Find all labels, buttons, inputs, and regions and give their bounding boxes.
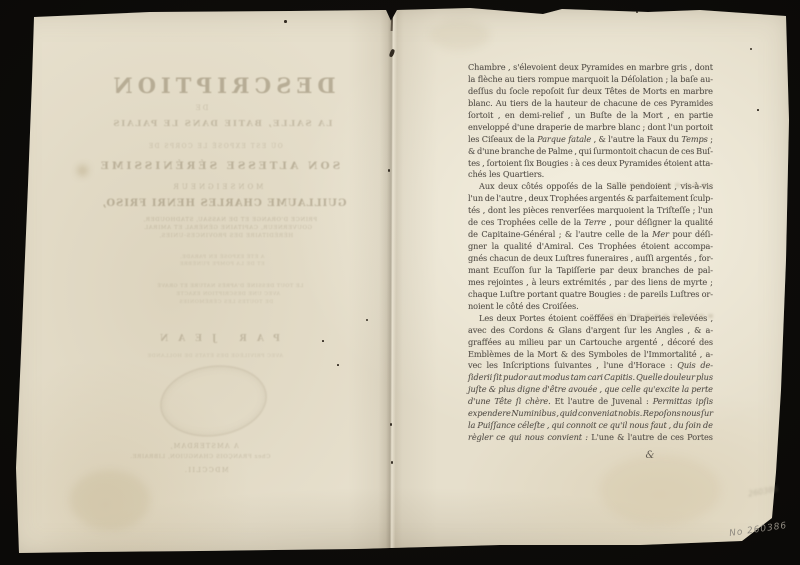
ghost-line	[600, 314, 715, 318]
bleedthrough-line: PAR JEAN	[55, 334, 375, 344]
bleedthrough-line: AVEC UNE DESCRIPTION EXACTE	[68, 291, 388, 297]
ink-speck	[750, 48, 752, 50]
ink-speck	[284, 20, 287, 23]
text-line: avecdesCordons&Glansd'argentſurlesAngles…	[468, 325, 713, 337]
text-line: veclesInſcriptionsſuivantes,l'uned'Horac…	[468, 360, 713, 372]
bleedthrough-title: DESCRIPTION	[62, 73, 382, 98]
bleedthrough-line: DE	[41, 104, 361, 112]
ink-speck	[757, 109, 759, 111]
bleedthrough-line: SON ALTESSE SÉRÉNISSIME	[59, 160, 379, 172]
text-line: laflècheautiersrompuemarquoitlaDéſolatio…	[468, 74, 713, 86]
scan-background: DESCRIPTIONDELA SALLE, BATIE DANS LE PAL…	[0, 0, 800, 565]
text-line: d'uneTêteſichère.Etl'autredeJuvenal:Perm…	[468, 396, 713, 408]
text-line: gnéschacundedeuxLuſtresfuneraires,auſſia…	[468, 253, 713, 265]
text-line: règlercequinousconvient:L'une&l'autredec…	[468, 432, 713, 444]
text-line: grafféesaumilieuparunCartoucheargenté,dé…	[468, 337, 713, 349]
text-line: lesCiſeauxdelaParquefatale,&l'autrelaFau…	[468, 134, 713, 146]
ink-speck	[337, 364, 339, 366]
ink-speck	[322, 340, 324, 342]
text-line: mesrejointes,àleursextrémités,pardeslien…	[468, 277, 713, 289]
text-line: laPuiſſancecéleſte,quiconnoitcequ'ilnous…	[468, 420, 713, 432]
text-line: Chambre,s'élevoientdeuxPyramidesenmarbre…	[468, 62, 713, 74]
paper-stain	[70, 470, 150, 530]
bleedthrough-line: AVEC PRIVILÈGE DES ÉTATS DE HOLLANDE	[55, 353, 375, 359]
ink-speck	[636, 11, 638, 13]
text-line: gnerlaqualitéd'Amiral.CesTrophéesétoient…	[468, 241, 713, 253]
text-line: juſte&plusdigned'êtreavouée,quecellequ'e…	[468, 384, 713, 396]
bleedthrough-line: HÉRÉDITAIRE DES PROVINCES-UNIES,	[66, 233, 386, 239]
bleedthrough-line: DE TOUTES LES CÉRÉMONIES	[66, 299, 386, 305]
text-line: ſortoit,endemi-relief,unBuſtedelaMort,en…	[468, 110, 713, 122]
right-page-text: Chambre,s'élevoientdeuxPyramidesenmarbre…	[468, 62, 713, 444]
text-line: mantEcuſſonſurlaTapiſſeriepardeuxbranche…	[468, 265, 713, 277]
bleedthrough-line: LE TOUT DESSINÉ D'APRÈS NATURE ET GRAVÉ	[70, 283, 390, 289]
text-line: noient le côté des Croiſées.	[468, 301, 713, 313]
paper-stain	[600, 455, 720, 525]
bleedthrough-line: OÙ EST EXPOSÉ LE CORPS DE	[55, 143, 375, 150]
paper-stain	[78, 166, 87, 175]
paper-sheet: DESCRIPTIONDELA SALLE, BATIE DANS LE PAL…	[0, 0, 800, 565]
text-line: deCapitaine-Général;&l'autrecelledelaMer…	[468, 229, 713, 241]
blind-stamp	[156, 359, 272, 443]
ghost-line	[612, 183, 712, 187]
text-line: l'undel'autre,deuxTrophéesargentés&parfa…	[468, 193, 713, 205]
bleedthrough-line: GOUVERNEUR, CAPITAINE GÉNÉRAL ET AMIRAL	[68, 225, 388, 231]
text-line: chaqueLuſtreportantquatreBougies:deparei…	[468, 289, 713, 301]
text-line: decesTrophéescelledelaTerre,pourdéſigner…	[468, 217, 713, 229]
ink-speck	[391, 461, 393, 464]
bleedthrough-line: PRINCE D'ORANGE ET DE NASSAU, STADHOUDER…	[70, 217, 390, 223]
text-line: EmblèmesdelaMort&desSymbolesdel'Immortal…	[468, 349, 713, 361]
ink-speck	[366, 319, 368, 321]
bleedthrough-line: MONSEIGNEUR	[57, 183, 377, 191]
bleedthrough-line: A ÉTÉ EXPOSÉ EN PARADE,	[62, 254, 382, 260]
text-line: blanc.AutiersdelahauteurdechacunedecesPy…	[468, 98, 713, 110]
ink-speck	[388, 169, 390, 172]
bleedthrough-line: A AMSTERDAM,	[44, 442, 364, 450]
text-line: expendereNuminibus,quidconveniatnobis.Re…	[468, 408, 713, 420]
text-line: tés,dontlespiècesrenverſéesmarquoientlaT…	[468, 205, 713, 217]
ink-speck	[390, 423, 392, 426]
bleedthrough-line: Chez FRANÇOIS CHANGUION, LIBRAIRE.	[40, 454, 360, 460]
text-line: tes,ſortoientſixBougies:àcesdeuxPyramide…	[468, 158, 713, 170]
text-line: enveloppéd'unedraperiedemarbreblanc;dont…	[468, 122, 713, 134]
text-line: ſideriiſitpudorautmodustamcariCapitis.Qu…	[468, 372, 713, 384]
text-line: &d'unebranchedePalme,quiſurmontoitchacun…	[468, 146, 713, 158]
bleedthrough-line: ET DE LA POMPE FUNÈBRE	[62, 261, 382, 267]
paper-stain	[430, 20, 490, 50]
bleedthrough-line: LA SALLE, BATIE DANS LE PALAIS	[62, 119, 382, 129]
bleedthrough-line: GUILLAUME CHARLES HENRI FRISO,	[64, 198, 384, 209]
text-line: chés les Quartiers.	[468, 169, 713, 181]
text-line: deſſusduſoclerepoſoitſurdeuxTêtesdeMorts…	[468, 86, 713, 98]
